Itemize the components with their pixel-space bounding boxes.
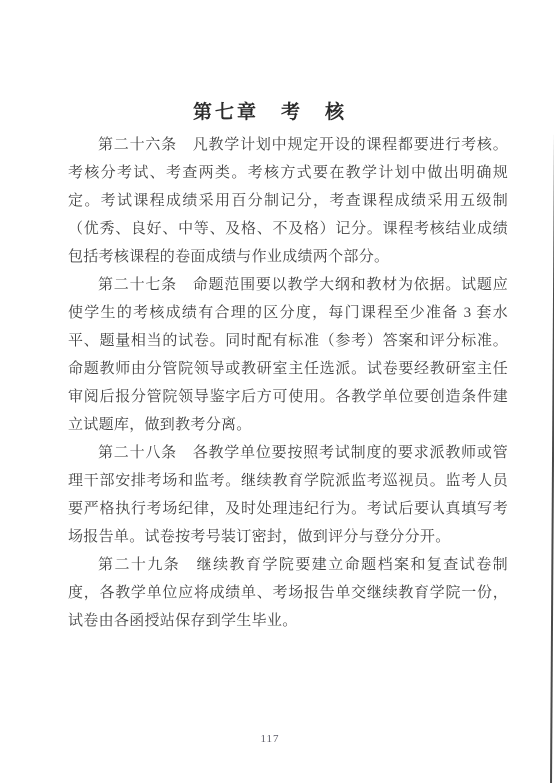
article-body: 第二十六条 凡教学计划中规定开设的课程都要进行考核。考核分考试、考查两类。考核方…	[68, 131, 508, 635]
chapter-title: 第七章 考 核	[0, 97, 540, 124]
article-paragraph-28: 第二十八条 各教学单位要按照考试制度的要求派教师或管理干部安排考场和监考。继续教…	[68, 439, 508, 551]
document-page: 第七章 考 核 第二十六条 凡教学计划中规定开设的课程都要进行考核。考核分考试、…	[0, 0, 554, 783]
article-paragraph-27: 第二十七条 命题范围要以教学大纲和教材为依据。试题应使学生的考核成绩有合理的区分…	[68, 271, 508, 439]
article-paragraph-29: 第二十九条 继续教育学院要建立命题档案和复查试卷制度，各教学单位应将成绩单、考场…	[68, 551, 508, 635]
article-paragraph-26: 第二十六条 凡教学计划中规定开设的课程都要进行考核。考核分考试、考查两类。考核方…	[68, 131, 508, 271]
scan-edge-line	[550, 0, 554, 783]
page-number: 117	[0, 733, 540, 745]
